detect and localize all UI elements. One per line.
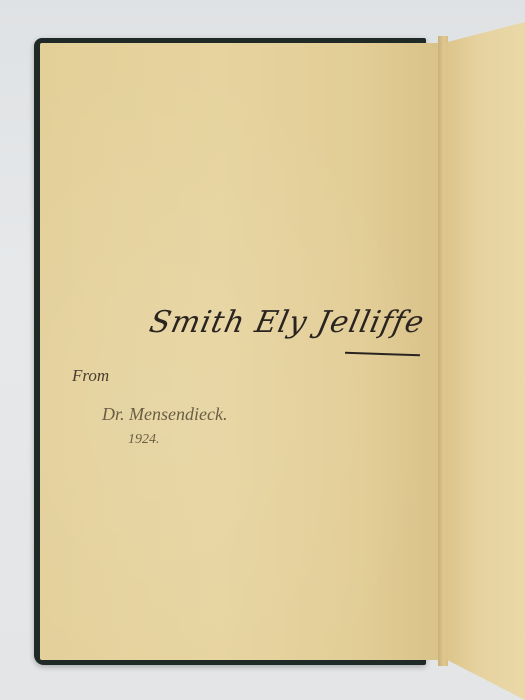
endpaper-page — [40, 43, 442, 660]
facing-page — [446, 22, 525, 700]
signature: Smith Ely Jelliffe — [146, 305, 427, 340]
inscription-year: 1924. — [128, 432, 160, 448]
inscription-from: From — [72, 366, 109, 386]
inscription-name: Dr. Mensendieck. — [102, 404, 227, 425]
